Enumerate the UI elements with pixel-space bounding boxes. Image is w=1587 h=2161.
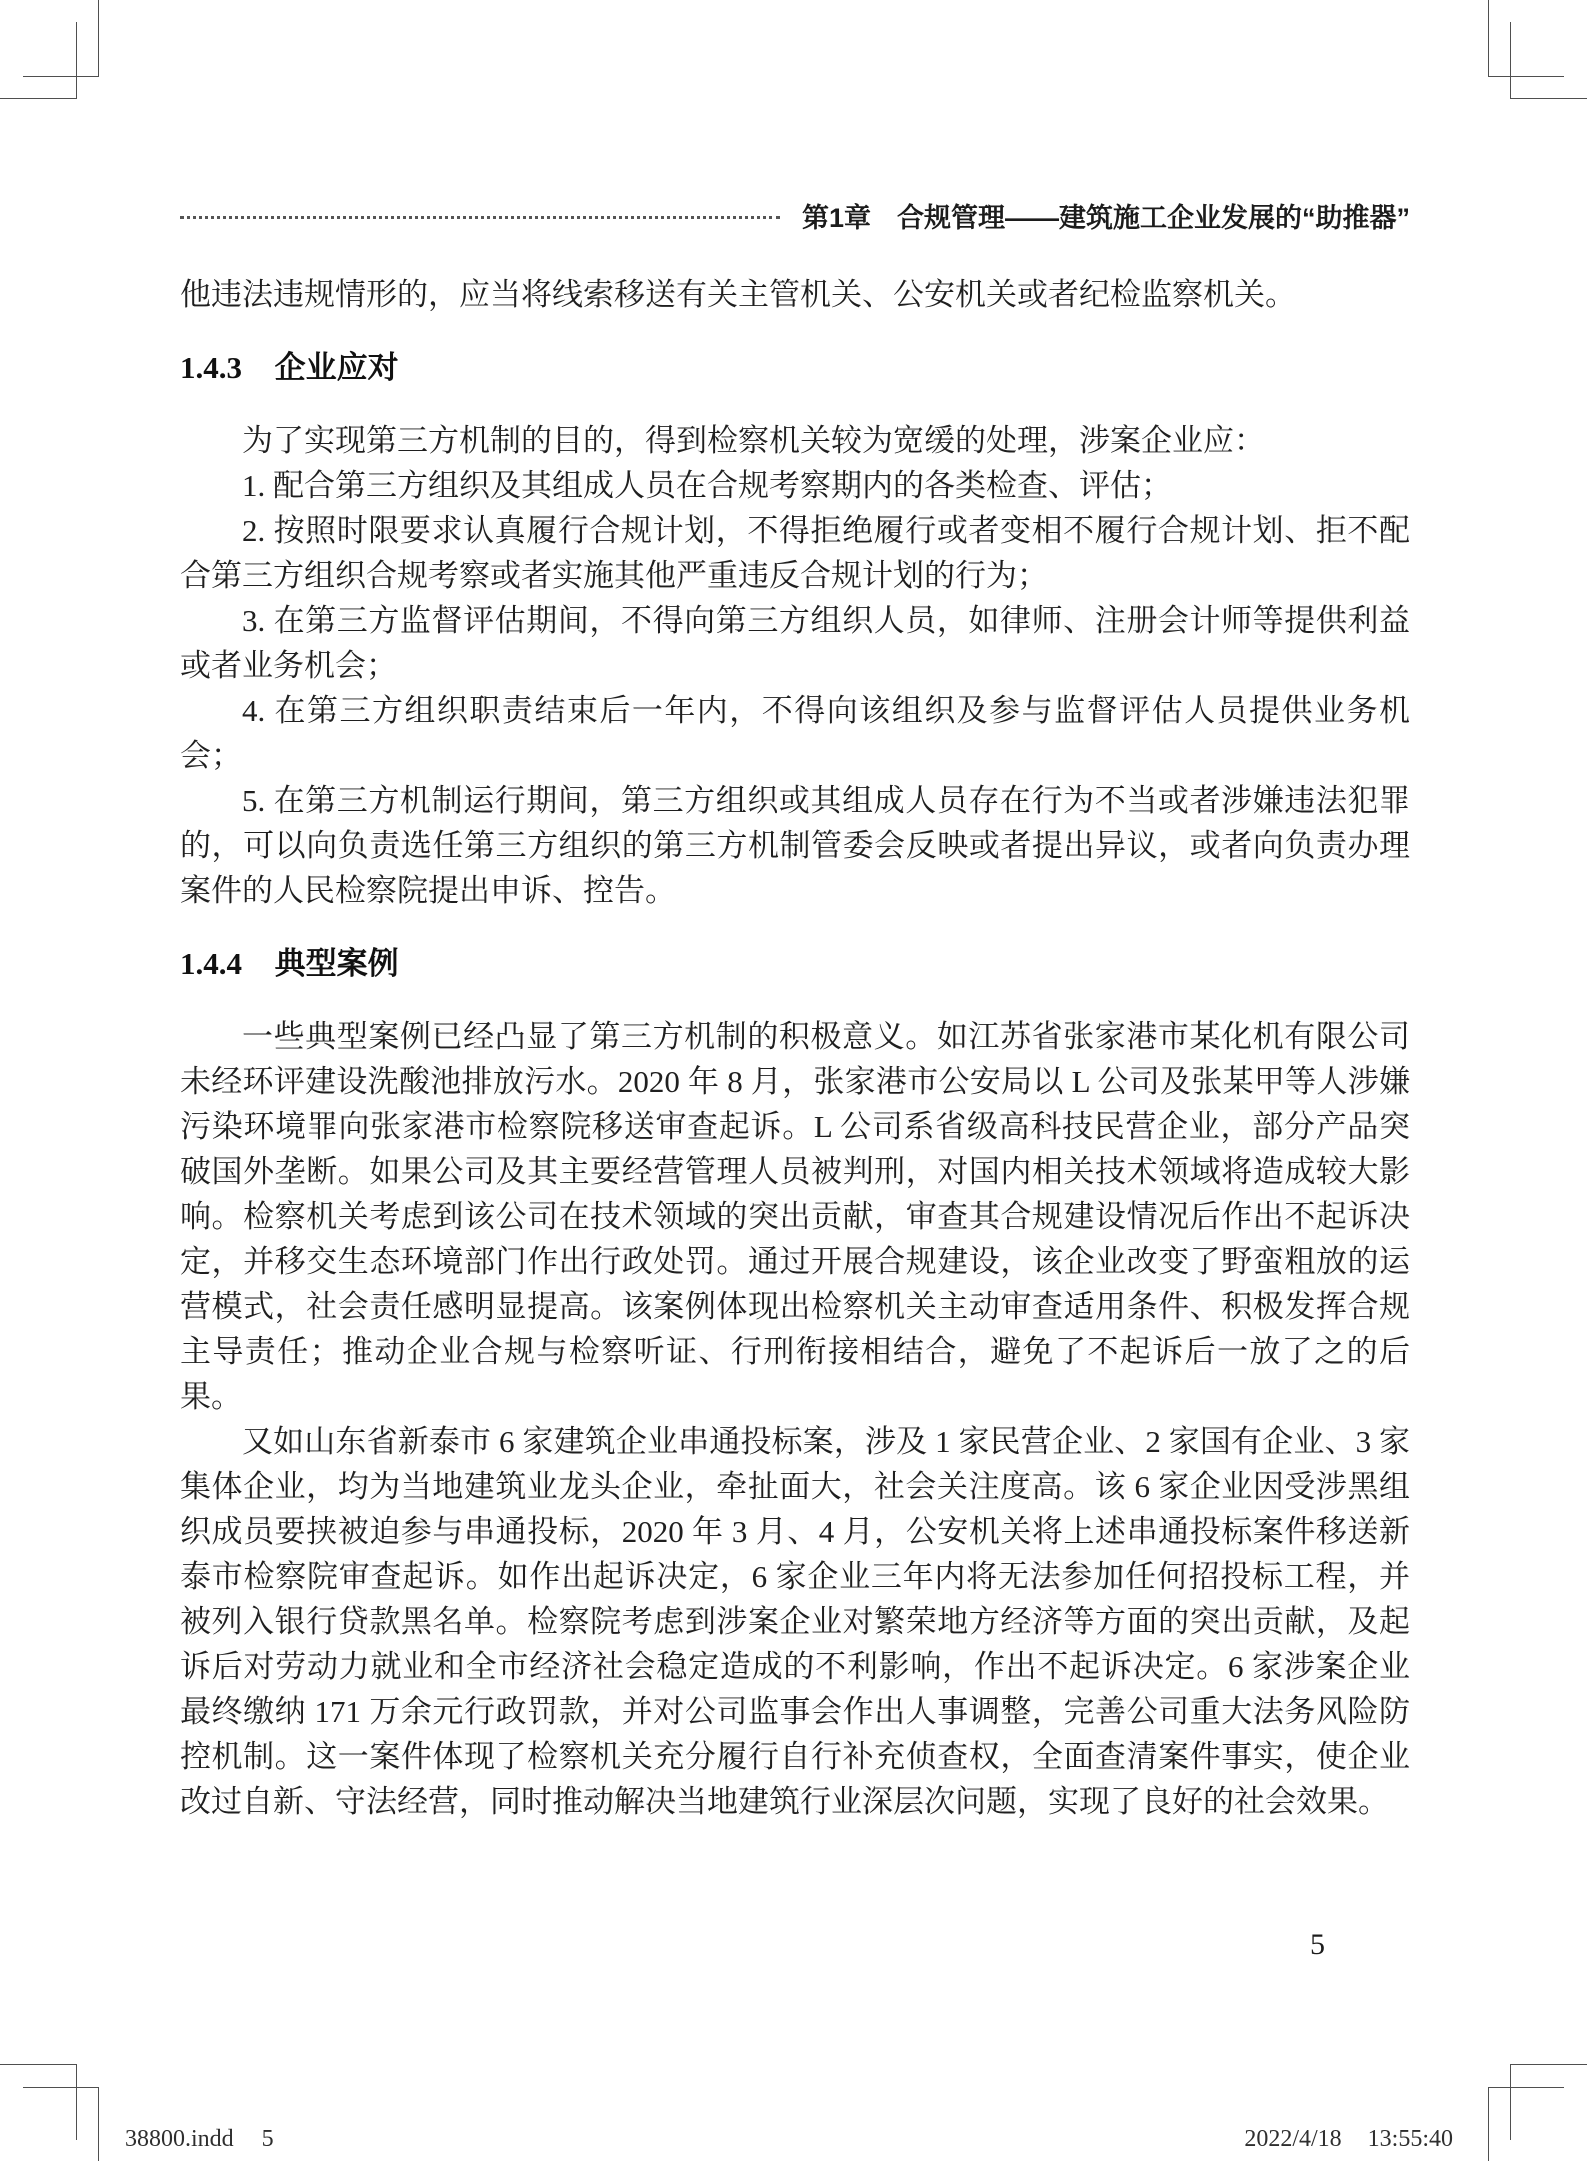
section-143-item-3: 3. 在第三方监督评估期间，不得向第三方组织人员，如律师、注册会计师等提供利益或…	[180, 598, 1410, 688]
footer-file-page: 5	[262, 2126, 274, 2152]
section-143-item-2: 2. 按照时限要求认真履行合规计划，不得拒绝履行或者变相不履行合规计划、拒不配合…	[180, 508, 1410, 598]
page-body: 他违法违规情形的，应当将线索移送有关主管机关、公安机关或者纪检监察机关。 1.4…	[180, 272, 1410, 1824]
section-143-item-5: 5. 在第三方机制运行期间，第三方组织或其组成人员存在行为不当或者涉嫌违法犯罪的…	[180, 778, 1410, 913]
running-head-chapter-title: 合规管理——建筑施工企业发展的“助推器”	[897, 196, 1410, 235]
book-page: 第1章 合规管理——建筑施工企业发展的“助推器” 他违法违规情形的，应当将线索移…	[0, 0, 1587, 2161]
section-title-143: 企业应对	[275, 350, 399, 385]
crop-mark-bottom-right-outer	[1510, 2064, 1587, 2140]
crop-mark-bottom-left-outer	[0, 2064, 77, 2140]
section-number-143: 1.4.3	[180, 350, 242, 385]
crop-mark-bottom-right-inner	[1488, 2087, 1564, 2161]
footer-date: 2022/4/18	[1244, 2126, 1341, 2152]
running-head: 第1章 合规管理——建筑施工企业发展的“助推器”	[180, 196, 1410, 235]
running-head-chapter-label: 第1章	[802, 196, 871, 235]
crop-mark-top-left-outer	[23, 0, 99, 77]
section-143-item-4: 4. 在第三方组织职责结束后一年内，不得向该组织及参与监督评估人员提供业务机会；	[180, 688, 1410, 778]
page-number: 5	[180, 1922, 1410, 1967]
section-heading-143: 1.4.3 企业应对	[180, 345, 1410, 390]
footer-file-info: 38800.indd 5	[125, 2126, 274, 2153]
opening-paragraph: 他违法违规情形的，应当将线索移送有关主管机关、公安机关或者纪检监察机关。	[180, 272, 1410, 317]
footer-timestamp: 2022/4/18 13:55:40	[1244, 2126, 1453, 2153]
section-144-paragraph-1: 一些典型案例已经凸显了第三方机制的积极意义。如江苏省张家港市某化机有限公司未经环…	[180, 1014, 1410, 1419]
footer-time: 13:55:40	[1368, 2126, 1453, 2152]
footer-file-name: 38800.indd	[125, 2126, 234, 2152]
section-144-paragraph-2: 又如山东省新泰市 6 家建筑企业串通投标案，涉及 1 家民营企业、2 家国有企业…	[180, 1419, 1410, 1824]
section-number-144: 1.4.4	[180, 946, 242, 981]
section-heading-144: 1.4.4 典型案例	[180, 941, 1410, 986]
crop-mark-top-right-inner	[1510, 22, 1587, 99]
crop-mark-bottom-left-inner	[23, 2087, 99, 2161]
crop-mark-top-right-outer	[1488, 0, 1564, 77]
crop-mark-top-left-inner	[0, 22, 77, 99]
section-143-intro: 为了实现第三方机制的目的，得到检察机关较为宽缓的处理，涉案企业应：	[180, 418, 1410, 463]
section-title-144: 典型案例	[275, 946, 399, 981]
dotted-leader-line	[180, 216, 780, 219]
section-143-item-1: 1. 配合第三方组织及其组成人员在合规考察期内的各类检查、评估；	[180, 463, 1410, 508]
